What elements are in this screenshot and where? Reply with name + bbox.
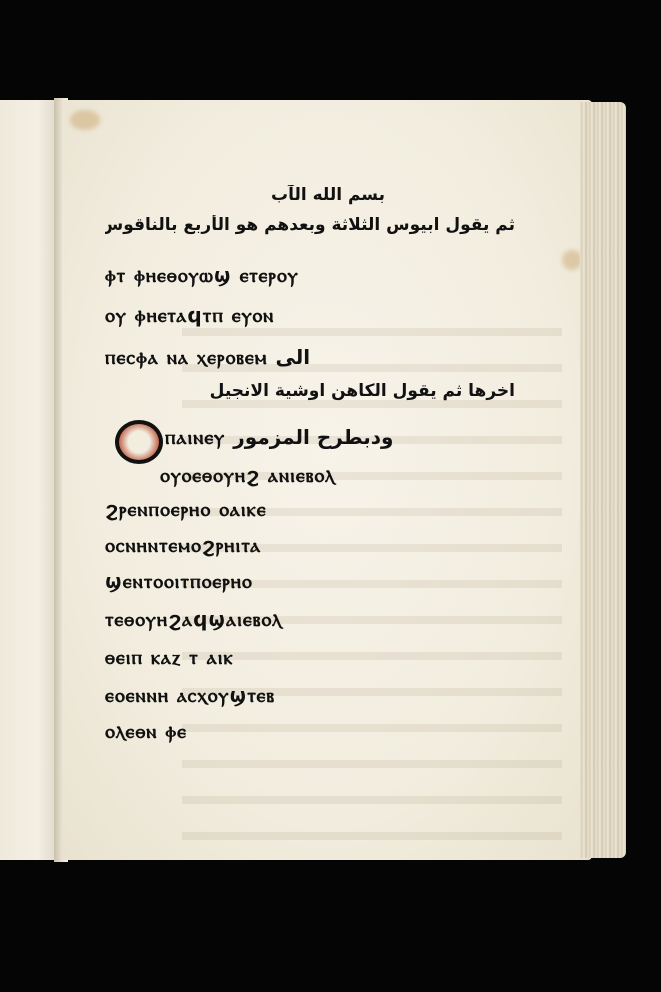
text-line: ϩⲣⲉⲛⲡⲟⲉⲣⲏⲟ ⲟⲁⲓⲕⲉ: [105, 497, 515, 531]
text-line: ⲫⲧ ⲫⲏⲉⲑⲟⲩⲱϣ ⲉⲧⲉⲣⲟⲩ: [105, 263, 515, 297]
text-line: ⲉⲟⲉⲛⲛⲏ ⲁⲥⲭⲟⲩϣⲧⲉⲃ: [105, 683, 515, 717]
text-line: ⲡⲉⲥⲫⲁ ⲛⲁ ⲭⲉⲣⲟⲃⲉⲙ الى: [105, 345, 515, 379]
left-page: [0, 100, 62, 860]
text-line: ⲑⲉⲓⲡ ⲕⲁⲍ ⲧ ⲁⲓⲕ: [105, 645, 515, 679]
text-line: ϣⲉⲛⲧⲟⲟⲓⲧⲡⲟⲉⲣⲏⲟ: [105, 569, 515, 603]
text-line: بسم الله الآب: [185, 185, 385, 219]
page-edges: [580, 102, 626, 858]
text-line: ⲡⲁⲓⲛⲉⲩ ودبطرح المزمور: [165, 425, 515, 459]
text-line: اخرها ثم يقول الكاهن اوشية الانجيل: [105, 381, 515, 415]
text-line: ⲟⲥⲛⲏⲛⲧⲉⲙⲟϩⲣⲏⲓⲧⲁ: [105, 533, 515, 567]
text-line: ⲧⲉⲑⲟⲩⲏϩⲁϥϣⲁⲓⲉⲃⲟⲗ: [105, 607, 515, 641]
text-line: ⲟⲩ ⲫⲏⲉⲧⲁϥⲧⲡ ⲉⲩⲟⲛ: [105, 303, 515, 337]
stain: [70, 110, 100, 130]
illuminated-initial: [115, 420, 163, 464]
text-line: ⲟⲩⲟⲉⲑⲟⲩⲏϩ ⲁⲛⲓⲉⲃⲟⲗ: [160, 463, 515, 497]
stain: [562, 250, 582, 270]
text-line: ⲟⲗⲉⲑⲛ ⲫⲉ: [105, 719, 515, 753]
text-line: ثم يقول ابيوس الثلاثة وبعدهم هو الأربع ب…: [105, 215, 515, 249]
